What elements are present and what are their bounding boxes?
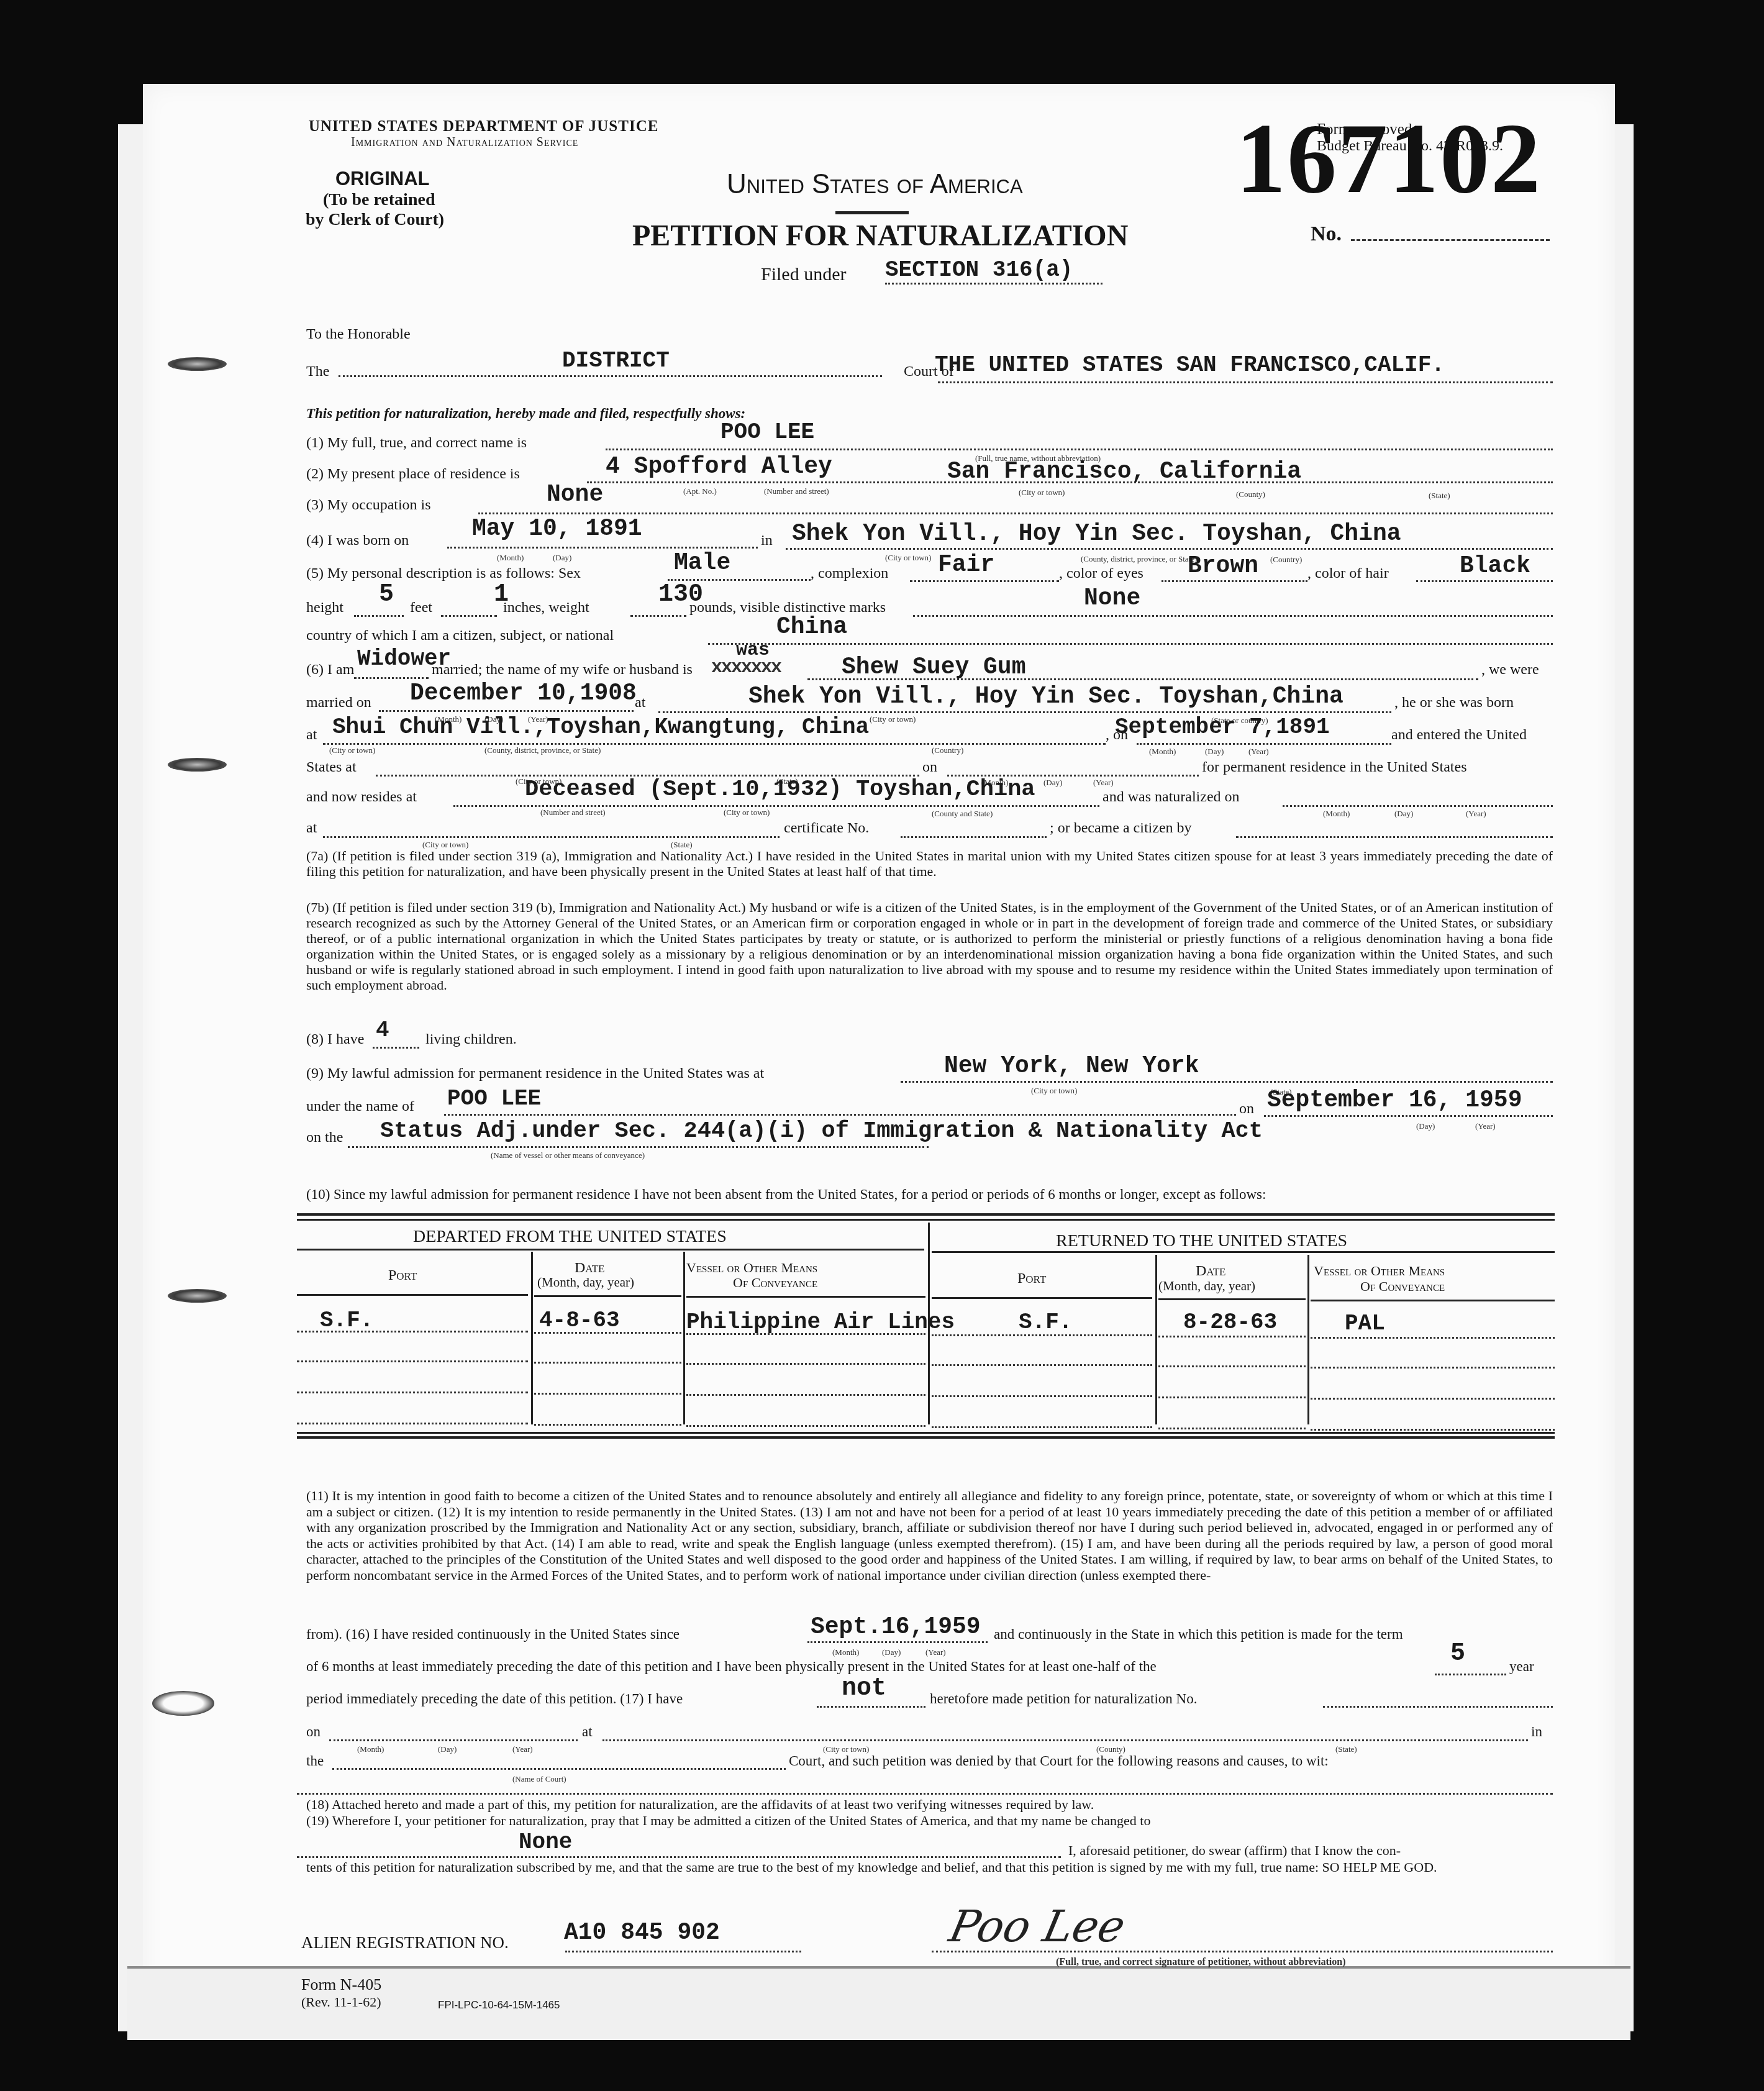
admission-place-line (901, 1081, 1553, 1083)
eyes-line (1162, 580, 1307, 582)
item16-post: and continuously in the State in which t… (994, 1626, 1403, 1642)
caption-city: (City or town) (885, 553, 931, 563)
married-date-line (379, 710, 634, 712)
dep-port: S.F. (320, 1308, 373, 1333)
row-line (297, 1360, 528, 1362)
admission-name-line (444, 1114, 1236, 1116)
row-line (686, 1333, 925, 1335)
item1-label: (1) My full, true, and correct name is (306, 435, 527, 452)
marks-value: None (1084, 585, 1140, 612)
caption-county: (County, district, province, or State) (1081, 554, 1197, 564)
naturalized-place-line (323, 836, 780, 838)
retained-line-1: (To be retained (323, 190, 435, 210)
caption-street: (Number and street) (540, 808, 606, 818)
weight-line (630, 615, 686, 617)
denied-text: Court, and such petition was denied by t… (789, 1753, 1329, 1769)
row-line (932, 1334, 1152, 1336)
caption-month: (Month) (497, 553, 524, 563)
at-label: at (635, 695, 645, 711)
caption-month: (Month) (1323, 809, 1350, 819)
feet-line (354, 615, 404, 617)
row-line (534, 1424, 681, 1426)
children-count: 4 (376, 1018, 389, 1043)
table-top-rule-2 (297, 1219, 1555, 1221)
form-number: Form N-405 (301, 1975, 381, 1994)
occupation-value: None (547, 481, 603, 508)
row-line (297, 1331, 528, 1332)
returned-title-rule (932, 1251, 1555, 1253)
spouse-birthdate-line (1137, 743, 1391, 745)
col-divider (1155, 1255, 1157, 1424)
on2-label: on (922, 759, 937, 776)
born-label: , he or she was born (1394, 695, 1514, 711)
the-label: the (306, 1753, 324, 1769)
item17-post: heretofore made petition for naturalizat… (930, 1691, 1197, 1707)
caption-month: (Month) (357, 1744, 384, 1754)
col-vessel-sub-returned: Of Conveyance (1360, 1278, 1445, 1295)
certificate-label: certificate No. (784, 820, 869, 837)
caption-state: (State) (1335, 1744, 1357, 1754)
caption-month: (Month) (832, 1647, 859, 1657)
naturalized-line (1283, 805, 1553, 807)
row-line (932, 1426, 1152, 1428)
caption-year: (Year) (1475, 1121, 1496, 1131)
caption-year: (Year) (925, 1647, 946, 1657)
petition-no-line (1323, 1706, 1553, 1708)
petitioner-name: POO LEE (721, 419, 814, 445)
admission-name-label: under the name of (306, 1098, 414, 1115)
resides-value: Deceased (Sept.10,1932) Toyshan,China (525, 777, 1035, 803)
caption-county: (County, district, province, or State) (484, 745, 601, 755)
item10-label: (10) Since my lawful admission for perma… (306, 1187, 1266, 1203)
hair-line (1416, 580, 1553, 582)
years-value: 5 (1450, 1640, 1465, 1668)
col-port-returned: Port (1017, 1270, 1046, 1287)
in-label: in (761, 532, 773, 549)
petitioner-signature: Poo Lee (945, 1901, 1130, 1952)
signature-caption: (Full, true, and correct signature of pe… (1056, 1957, 1346, 1968)
row-line (1158, 1336, 1306, 1337)
perm-residence-label: for permanent residence in the United St… (1202, 759, 1467, 776)
married-place-line (658, 711, 1391, 713)
citizen-by-line (1236, 836, 1553, 838)
header-rule (534, 1295, 681, 1297)
height-label: height (306, 599, 343, 616)
prior-date-line (329, 1739, 578, 1741)
court-of-value: THE UNITED STATES SAN FRANCISCO,CALIF. (935, 352, 1445, 378)
married-date: December 10,1908 (410, 680, 637, 707)
item17-label: period immediately preceding the date of… (306, 1691, 683, 1707)
married-place: Shek Yon Vill., Hoy Yin Sec. Toyshan,Chi… (748, 683, 1343, 710)
dep-date: 4-8-63 (539, 1308, 620, 1333)
row-line (534, 1393, 681, 1395)
item-7b: (7b) (If petition is filed under section… (306, 900, 1553, 993)
years-line (1435, 1674, 1506, 1675)
dept-line-2: Immigration and Naturalization Service (351, 135, 578, 150)
hair-value: Black (1460, 553, 1530, 580)
country-heading: United States of America (727, 169, 1023, 200)
punch-hole-icon (168, 758, 227, 772)
caption-year: (Year) (1248, 747, 1269, 757)
marks-line (913, 615, 1553, 617)
item1-line (606, 449, 1553, 450)
row-line (686, 1394, 925, 1396)
row-line (1158, 1428, 1306, 1429)
residence-city: San Francisco, California (947, 458, 1301, 485)
item16-line2: of 6 months at least immediately precedi… (306, 1659, 1157, 1675)
page-title: PETITION FOR NATURALIZATION (632, 219, 1128, 253)
item16-date-line (807, 1641, 988, 1643)
header-rule (932, 1297, 1152, 1299)
on-label: on (306, 1724, 321, 1740)
we-were-label: , we were (1481, 662, 1539, 678)
row-line (1311, 1429, 1555, 1431)
punch-hole-icon (168, 1289, 227, 1303)
row-line (686, 1425, 925, 1427)
birth-place-line (786, 548, 1553, 550)
col-vessel-sub-departed: Of Conveyance (733, 1275, 817, 1291)
no-field (1351, 239, 1550, 241)
intro-text: This petition for naturalization, hereby… (306, 406, 745, 422)
certificate-line (901, 836, 1047, 838)
caption-day: (Day) (553, 553, 571, 563)
table-bottom-rule (297, 1432, 1555, 1434)
original-label: ORIGINAL (335, 168, 430, 190)
spouse-name: Shew Suey Gum (842, 654, 1025, 681)
row-line (1158, 1396, 1306, 1398)
col-divider (683, 1252, 685, 1424)
means-line (348, 1146, 929, 1148)
row-line (932, 1364, 1152, 1366)
states-at-label: States at (306, 759, 357, 776)
complexion-value: Fair (938, 552, 994, 578)
alien-reg-line (565, 1951, 801, 1952)
item-18: (18) Attached hereto and made a part of … (306, 1797, 1094, 1813)
item16-label: from). (16) I have resided continuously … (306, 1626, 680, 1642)
col-divider (531, 1252, 533, 1424)
country-line (708, 643, 1553, 645)
feet-label: feet (410, 599, 432, 616)
punch-hole-icon (152, 1691, 214, 1716)
caption-country: (Country) (932, 745, 963, 755)
admission-means: Status Adj.under Sec. 244(a)(i) of Immig… (380, 1118, 1263, 1144)
item-7a: (7a) (If petition is filed under section… (306, 848, 1553, 879)
header-rule (1158, 1298, 1306, 1300)
name-change-value: None (519, 1829, 572, 1855)
birth-place: Shek Yon Vill., Hoy Yin Sec. Toyshan, Ch… (792, 521, 1401, 547)
returned-title: RETURNED TO THE UNITED STATES (1056, 1231, 1347, 1251)
caption-day: (Day) (1394, 809, 1413, 819)
spouse-birthdate: September 7,1891 (1115, 714, 1330, 740)
sex-value: Male (674, 550, 730, 576)
caption-year: (Year) (512, 1744, 533, 1754)
caption-day: (Day) (1416, 1121, 1435, 1131)
birth-date: May 10, 1891 (472, 516, 642, 542)
row-line (534, 1332, 681, 1334)
filed-under-value: SECTION 316(a) (885, 257, 1102, 285)
complexion-label: , complexion (811, 565, 888, 582)
row-line (1158, 1365, 1306, 1367)
inches-line (441, 615, 497, 617)
col-port-departed: Port (388, 1267, 417, 1284)
col-date-returned: Date (1196, 1263, 1226, 1280)
court-of-line (938, 381, 1553, 383)
ret-port: S.F. (1019, 1310, 1072, 1335)
ret-vessel: PAL (1345, 1311, 1385, 1336)
dept-line-1: UNITED STATES DEPARTMENT OF JUSTICE (309, 118, 658, 135)
caption-day: (Day) (1043, 778, 1062, 788)
col-divider (1307, 1255, 1309, 1424)
caption-street: (Number and street) (764, 486, 829, 496)
item3-label: (3) My occupation is (306, 497, 431, 514)
prior-place-line (602, 1739, 1528, 1741)
row-line (1311, 1398, 1555, 1400)
entered-label: and entered the United (1391, 727, 1527, 744)
in-label: in (1531, 1724, 1542, 1740)
item4-label: (4) I was born on (306, 532, 409, 549)
married-label: married; the name of my wife or husband … (432, 662, 693, 678)
row-line (534, 1362, 681, 1364)
stamp-number: 167102 (1236, 109, 1542, 208)
header-rule (686, 1296, 925, 1298)
was-text: was (736, 640, 770, 661)
header-rule (1311, 1300, 1555, 1301)
item6-label: (6) I am (306, 662, 354, 678)
eyes-label: , color of eyes (1059, 565, 1143, 582)
caption-state: (State) (1429, 491, 1450, 501)
caption-county-state: (County and State) (932, 809, 993, 819)
alien-reg-value: A10 845 902 (564, 1920, 720, 1946)
caption-year: (Year) (1093, 778, 1114, 788)
ret-date: 8-28-63 (1183, 1310, 1277, 1335)
at-label: at (582, 1724, 593, 1740)
items-11-15: (11) It is my intention in good faith to… (306, 1488, 1553, 1583)
court-name-line (332, 1768, 786, 1770)
children-label: living children. (425, 1031, 517, 1048)
col-date-departed: Date (575, 1260, 605, 1277)
naturalized-label: and was naturalized on (1102, 789, 1240, 806)
row-line (686, 1363, 925, 1365)
departed-title-rule (297, 1249, 924, 1250)
item17-line (817, 1706, 925, 1708)
col-date-sub-returned: (Month, day, year) (1158, 1278, 1255, 1294)
heading-rule (835, 211, 909, 214)
filed-under-label: Filed under (761, 264, 846, 285)
prior-petition-value: not (842, 1675, 886, 1703)
item8-label: (8) I have (306, 1031, 364, 1048)
birth-date-line (447, 547, 758, 549)
signature-line (932, 1951, 1553, 1952)
admission-date: September 16, 1959 (1267, 1087, 1522, 1114)
caption-city: (City or town) (329, 745, 375, 755)
item-19: (19) Wherefore I, your petitioner for na… (306, 1813, 1150, 1829)
country-value: China (776, 614, 847, 640)
inches-label: inches, weight (503, 599, 589, 616)
row-line (297, 1392, 528, 1393)
table-top-rule (297, 1213, 1555, 1216)
admission-place: New York, New York (944, 1053, 1199, 1080)
admission-date-line (1264, 1115, 1553, 1117)
caption-city: (City or town) (1031, 1086, 1077, 1096)
row-line (932, 1395, 1152, 1397)
col-vessel-returned: Vessel or Other Means (1314, 1263, 1445, 1279)
spouse-birthplace-line (323, 743, 1106, 745)
table-bottom-rule-2 (297, 1436, 1555, 1439)
year-label: year (1509, 1659, 1534, 1675)
name-change-line (297, 1856, 1061, 1858)
item5-label: (5) My personal description is as follow… (306, 565, 581, 582)
item3-line (478, 512, 1553, 514)
caption-county: (County) (1236, 490, 1265, 499)
caption-country: (Country) (1270, 555, 1302, 565)
col-vessel-departed: Vessel or Other Means (686, 1260, 817, 1276)
header-rule (297, 1294, 528, 1296)
no-label: No. (1311, 222, 1342, 246)
court-type: DISTRICT (562, 348, 670, 373)
hair-label: , color of hair (1307, 565, 1389, 582)
caption-month: (Month) (1149, 747, 1176, 757)
citizen-by-label: ; or became a citizen by (1050, 820, 1192, 837)
at2-label: at (306, 727, 317, 744)
residence-street: 4 Spofford Alley (606, 453, 832, 480)
the-label: The (306, 363, 329, 380)
eyes-value: Brown (1188, 553, 1258, 580)
marital-line (354, 677, 429, 679)
caption-year: (Year) (1466, 809, 1486, 819)
court-name-caption: (Name of Court) (512, 1774, 566, 1784)
means-caption: (Name of vessel or other means of convey… (491, 1150, 645, 1160)
row-line (1311, 1367, 1555, 1369)
departed-title: DEPARTED FROM THE UNITED STATES (413, 1227, 727, 1247)
item9-label: (9) My lawful admission for permanent re… (306, 1065, 764, 1082)
col-date-sub-departed: (Month, day, year) (537, 1275, 634, 1290)
oath-text: tents of this petition for naturalizatio… (306, 1859, 1553, 1875)
oath-line-1: I, aforesaid petitioner, do swear (affir… (1068, 1843, 1401, 1859)
residence-since-date: Sept.16,1959 (811, 1614, 981, 1641)
caption-city: (City or town) (1019, 488, 1065, 498)
dep-vessel: Philippine Air Lines (686, 1310, 955, 1335)
at3-label: at (306, 820, 317, 837)
complexion-line (910, 580, 1059, 582)
spouse-birthplace: Shui Chun Vill.,Toyshan,Kwangtung, China (332, 714, 869, 740)
retained-line-2: by Clerk of Court) (306, 210, 444, 230)
print-code: FPI-LPC-10-64-15M-1465 (438, 1999, 560, 2011)
children-line (373, 1047, 419, 1049)
caption-city: (City or town) (724, 808, 770, 818)
reasons-line (297, 1793, 1553, 1795)
caption-day: (Day) (438, 1744, 457, 1754)
married-on-label: married on (306, 695, 371, 711)
caption-apt: (Apt. No.) (683, 486, 717, 496)
resides-line (453, 805, 1099, 807)
to-honorable: To the Honorable (306, 326, 411, 343)
court-type-line (339, 375, 882, 377)
admission-on-label: on (1239, 1101, 1254, 1118)
row-line (1311, 1337, 1555, 1339)
row-line (297, 1423, 528, 1424)
caption-day: (Day) (882, 1647, 901, 1657)
punch-hole-icon (168, 357, 227, 371)
caption-day: (Day) (1205, 747, 1224, 757)
item2-label: (2) My present place of residence is (306, 466, 520, 483)
form-revision: (Rev. 11-1-62) (301, 1994, 381, 2010)
caption-city: (City or town) (870, 714, 916, 724)
resides-label: and now resides at (306, 789, 417, 806)
feet-value: 5 (379, 581, 394, 609)
on-the-label: on the (306, 1129, 343, 1146)
admission-name: POO LEE (447, 1086, 541, 1111)
country-label: country of which I am a citizen, subject… (306, 627, 614, 644)
alien-reg-label: ALIEN REGISTRATION NO. (301, 1933, 509, 1952)
